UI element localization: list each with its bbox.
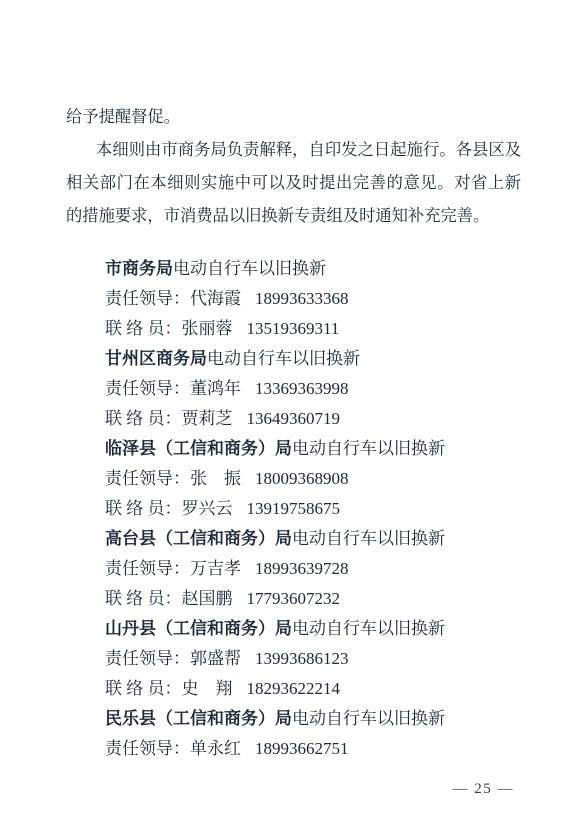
liaison-phone: 18293622214 [247, 679, 341, 698]
liaison-label: 联 络 员： [105, 679, 182, 698]
page-content: 给予提醒督促。 本细则由市商务局负责解释，自印发之日起施行。各县区及相关部门在本… [66, 100, 521, 764]
org-line: 民乐县（工信和商务）局电动自行车以旧换新 [105, 704, 521, 734]
liaison-phone: 13519369311 [247, 319, 340, 338]
org-name: 甘州区商务局 [105, 349, 207, 368]
leader-label: 责任领导： [105, 559, 190, 578]
liaison-phone: 17793607232 [247, 589, 341, 608]
program-name: 电动自行车以旧换新 [292, 439, 445, 458]
liaison-name: 贾莉芝 [182, 404, 233, 434]
org-line: 临泽县（工信和商务）局电动自行车以旧换新 [105, 434, 521, 464]
leader-line: 责任领导：董鸿年13369363998 [105, 374, 521, 404]
leader-line: 责任领导：单永红18993662751 [105, 734, 521, 764]
liaison-name: 罗兴云 [182, 494, 233, 524]
leader-name: 万吉孝 [190, 554, 241, 584]
liaison-line: 联 络 员：罗兴云13919758675 [105, 494, 521, 524]
program-name: 电动自行车以旧换新 [173, 259, 326, 278]
liaison-name: 赵国鹏 [182, 584, 233, 614]
program-name: 电动自行车以旧换新 [292, 709, 445, 728]
leader-line: 责任领导：张 振18009368908 [105, 464, 521, 494]
liaison-label: 联 络 员： [105, 409, 182, 428]
contact-block-linze: 临泽县（工信和商务）局电动自行车以旧换新 责任领导：张 振18009368908… [105, 434, 521, 524]
interpretation-paragraph: 本细则由市商务局负责解释，自印发之日起施行。各县区及相关部门在本细则实施中可以及… [66, 133, 521, 232]
leader-phone: 18993639728 [255, 559, 349, 578]
org-line: 高台县（工信和商务）局电动自行车以旧换新 [105, 524, 521, 554]
org-name: 民乐县（工信和商务）局 [105, 709, 292, 728]
leader-name: 张 振 [190, 464, 241, 494]
leader-phone: 18993633368 [255, 289, 349, 308]
leader-line: 责任领导：万吉孝18993639728 [105, 554, 521, 584]
leader-phone: 18009368908 [255, 469, 349, 488]
org-name: 高台县（工信和商务）局 [105, 529, 292, 548]
liaison-label: 联 络 员： [105, 589, 182, 608]
org-line: 山丹县（工信和商务）局电动自行车以旧换新 [105, 614, 521, 644]
contact-block-gaotai: 高台县（工信和商务）局电动自行车以旧换新 责任领导：万吉孝18993639728… [105, 524, 521, 614]
leader-phone: 18993662751 [255, 739, 349, 758]
leader-name: 郭盛帮 [190, 644, 241, 674]
leader-label: 责任领导： [105, 649, 190, 668]
org-name: 市商务局 [105, 259, 173, 278]
leader-name: 董鸿年 [190, 374, 241, 404]
program-name: 电动自行车以旧换新 [292, 619, 445, 638]
document-page: 给予提醒督促。 本细则由市商务局负责解释，自印发之日起施行。各县区及相关部门在本… [0, 0, 584, 831]
liaison-name: 史 翔 [182, 674, 233, 704]
contact-block-ganzhou: 甘州区商务局电动自行车以旧换新 责任领导：董鸿年13369363998 联 络 … [105, 344, 521, 434]
leader-label: 责任领导： [105, 289, 190, 308]
program-name: 电动自行车以旧换新 [292, 529, 445, 548]
leader-label: 责任领导： [105, 469, 190, 488]
page-number: — 25 — [453, 781, 515, 798]
liaison-line: 联 络 员：赵国鹏17793607232 [105, 584, 521, 614]
leader-name: 代海霞 [190, 284, 241, 314]
contact-block-shandan: 山丹县（工信和商务）局电动自行车以旧换新 责任领导：郭盛帮13993686123… [105, 614, 521, 704]
program-name: 电动自行车以旧换新 [207, 349, 360, 368]
liaison-line: 联 络 员：张丽蓉13519369311 [105, 314, 521, 344]
org-name: 临泽县（工信和商务）局 [105, 439, 292, 458]
liaison-label: 联 络 员： [105, 319, 182, 338]
closing-sentence: 给予提醒督促。 [66, 100, 521, 133]
liaison-phone: 13919758675 [247, 499, 341, 518]
leader-label: 责任领导： [105, 379, 190, 398]
liaison-line: 联 络 员：史 翔18293622214 [105, 674, 521, 704]
leader-line: 责任领导：代海霞18993633368 [105, 284, 521, 314]
leader-label: 责任领导： [105, 739, 190, 758]
org-name: 山丹县（工信和商务）局 [105, 619, 292, 638]
liaison-phone: 13649360719 [247, 409, 341, 428]
org-line: 市商务局电动自行车以旧换新 [105, 254, 521, 284]
liaison-name: 张丽蓉 [182, 314, 233, 344]
contact-list: 市商务局电动自行车以旧换新 责任领导：代海霞18993633368 联 络 员：… [66, 254, 521, 764]
liaison-line: 联 络 员：贾莉芝13649360719 [105, 404, 521, 434]
leader-phone: 13993686123 [255, 649, 349, 668]
leader-line: 责任领导：郭盛帮13993686123 [105, 644, 521, 674]
contact-block-minle: 民乐县（工信和商务）局电动自行车以旧换新 责任领导：单永红18993662751 [105, 704, 521, 764]
leader-phone: 13369363998 [255, 379, 349, 398]
liaison-label: 联 络 员： [105, 499, 182, 518]
org-line: 甘州区商务局电动自行车以旧换新 [105, 344, 521, 374]
contact-block-city-commerce: 市商务局电动自行车以旧换新 责任领导：代海霞18993633368 联 络 员：… [105, 254, 521, 344]
leader-name: 单永红 [190, 734, 241, 764]
